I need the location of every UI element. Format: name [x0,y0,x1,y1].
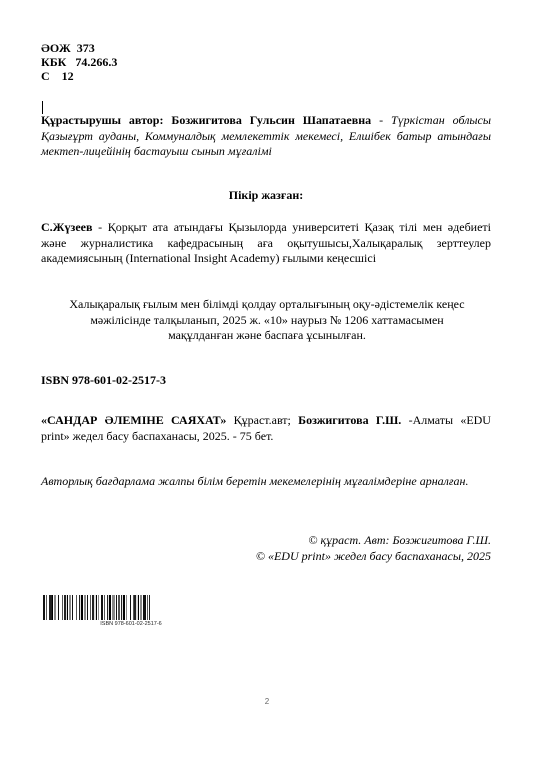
barcode-label: ISBN 978-601-02-2517-6 [43,621,179,627]
isbn-barcode: ISBN 978-601-02-2517-6 [43,595,179,628]
bibliographic-author: Бозжигитова Г.Ш. [298,413,401,427]
page-number: 2 [0,697,534,706]
book-title: «САНДАР ƏЛЕМІНЕ САЯХАТ» [41,413,226,427]
approval-paragraph: Халықаралық ғылым мен білімді қолдау орт… [58,297,476,344]
reviewer-name: С.Жүзеев [41,220,93,234]
reviewer-description: - Қорқыт ата атындағы Қызылорда универси… [41,220,491,265]
isbn-line: ISBN 978-601-02-2517-3 [41,373,491,389]
annotation-paragraph: Авторлық бағдарлама жалпы білім беретін … [41,474,491,490]
bibliographic-paragraph: «САНДАР ƏЛЕМІНЕ САЯХАТ» Құраст.авт; Бозж… [41,413,491,444]
classification-codes: ƏОЖ 373 КБК 74.266.3 С 12 [41,41,117,83]
compiler-separator: - [371,113,391,127]
bbk-code: КБК 74.266.3 [41,55,117,69]
review-heading: Пікір жазған: [41,188,491,204]
udc-code: ƏОЖ 373 [41,41,117,55]
reviewer-paragraph: С.Жүзеев - Қорқыт ата атындағы Қызылорда… [41,220,491,267]
compiler-paragraph: Құрастырушы автор: Бозжигитова Гульсин Ш… [41,113,491,160]
bibliographic-compiler-abbrev: Құраст.авт; [226,413,298,427]
compiler-label: Құрастырушы автор: Бозжигитова Гульсин Ш… [41,113,371,127]
copyright-compiler: © құраст. Авт: Бозжигитова Г.Ш. [41,533,491,549]
copyright-block: © құраст. Авт: Бозжигитова Г.Ш. © «EDU p… [41,533,491,564]
document-page: ƏОЖ 373 КБК 74.266.3 С 12 Құрастырушы ав… [0,0,534,760]
copyright-publisher: © «EDU print» жедел басу баспаханасы, 20… [41,549,491,565]
barcode-bars [43,595,179,620]
author-mark: С 12 [41,69,117,83]
